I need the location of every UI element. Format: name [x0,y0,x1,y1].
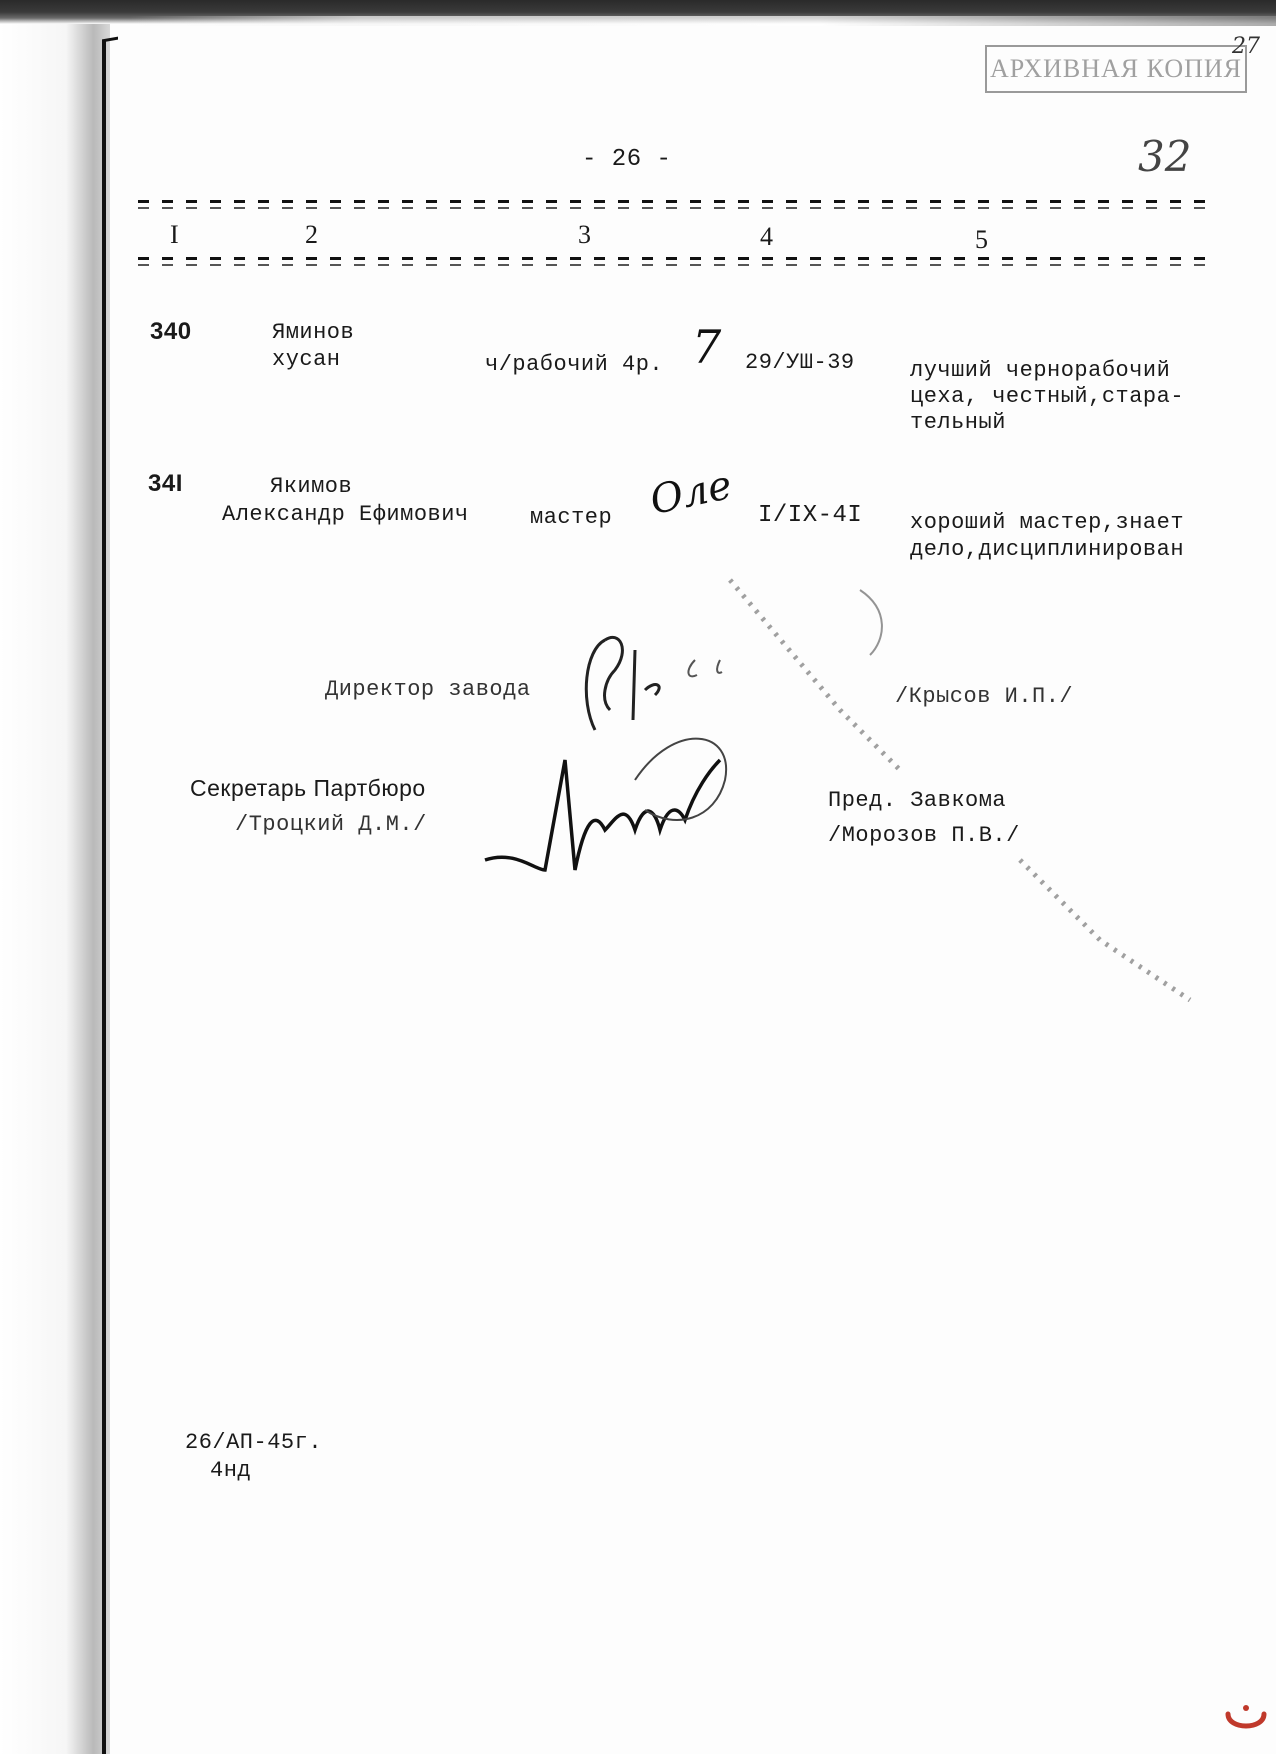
characteristic-line: тельный [910,410,1006,435]
hire-date: 29/УШ-39 [745,350,855,375]
column-number-4: 4 [760,222,774,252]
employee-position: ч/рабочий 4р. [485,352,663,377]
employee-surname: Якимов [270,474,352,499]
characteristic-line: хороший мастер,знает [910,510,1184,535]
column-number-1: I [170,220,179,250]
document-note: 4нд [210,1458,251,1483]
document-date: 26/АП-45г. [185,1430,322,1455]
signatory-title: Пред. Завкома [828,788,1006,813]
row-number: 340 [150,318,192,346]
employee-given-name: Александр Ефимович [222,502,469,527]
signatory-title: Директор завода [325,677,531,702]
handwritten-mark: Оле [646,462,736,524]
signatory-name: /Троцкий Д.М./ [235,812,427,837]
row-number: 34I [148,470,183,498]
handwritten-folio: 32 [1138,132,1191,181]
watermark-logo-icon [1224,1700,1268,1736]
scan-top-highlight [130,16,1276,26]
characteristic-line: лучший чернорабочий [910,358,1170,383]
characteristic-line: дело,дисциплинирован [910,537,1184,562]
scan-left-shadow [0,24,110,1754]
column-number-3: 3 [578,220,592,250]
column-number-2: 2 [305,220,319,250]
page-number: - 26 - [582,146,671,173]
column-number-5: 5 [975,225,989,255]
header-bottom-rule [138,257,1218,269]
employee-surname: Яминов [272,320,354,345]
signatory-name: /Морозов П.В./ [828,823,1020,848]
handwritten-mark: 7 [692,320,721,374]
characteristic-line: цеха, честный,стара- [910,384,1184,409]
archive-copy-stamp: АРХИВНАЯ КОПИЯ [985,45,1247,93]
stamp-text: АРХИВНАЯ КОПИЯ [990,54,1242,84]
page-binding-line [102,40,106,1754]
employee-given-name: хусан [272,347,341,372]
secretary-signature-icon [475,700,775,900]
stamp-handwritten-number: 27 [1232,34,1260,59]
signatory-title: Секретарь Партбюро [190,775,426,802]
employee-position: мастер [530,505,612,530]
header-top-rule [138,200,1218,212]
hire-date: I/IX-4I [758,502,862,529]
